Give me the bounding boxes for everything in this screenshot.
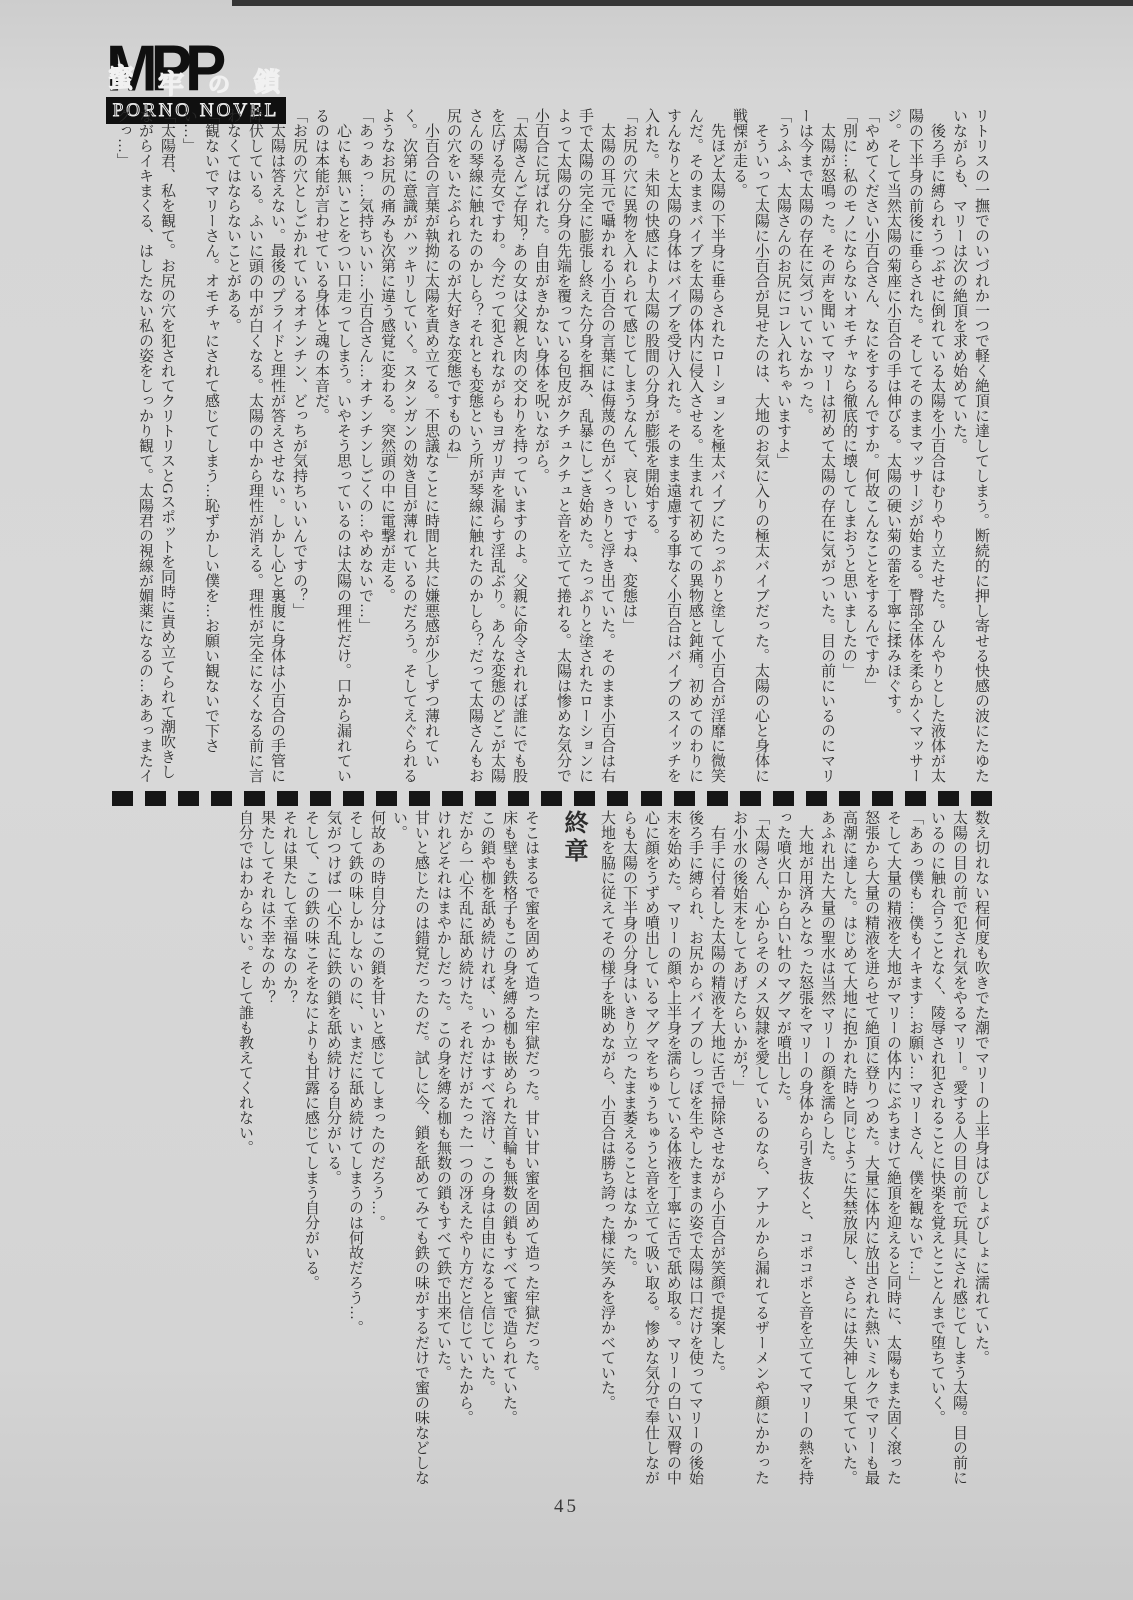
divider-square xyxy=(145,791,166,806)
paragraph: 「お尻の穴に異物を入れられて感じてしまうなんて、哀しいですね、変態は」 xyxy=(618,108,640,784)
paragraph: 右手に付着した太陽の精液を大地に舌で掃除させながら小百合が笑顔で提案した。 xyxy=(706,810,728,1492)
paragraph: そして、この鉄の味こそをなによりも甘露に感じてしまう自分がいる。 xyxy=(300,810,322,1492)
paragraph: 何故あの時自分はこの鎖を甘いと感じてしまったのだろう…。 xyxy=(366,810,388,1492)
logo-kanji-char: 鎖 xyxy=(254,62,280,99)
divider-square xyxy=(674,791,695,806)
paragraph: 甘いと感じたのは錯覚だったのだ。試しに今、鎖を舐めてみても鉄の味がするだけで蜜の… xyxy=(388,810,432,1492)
divider-square xyxy=(839,791,860,806)
divider-square xyxy=(475,791,496,806)
divider-square xyxy=(442,791,463,806)
logo-kanji-char: 蜜 xyxy=(108,58,134,95)
paragraph: 太陽は答えない。最後のプライドと理性が答えさせない。しかし心と裏腹に身体は小百合… xyxy=(222,108,288,784)
divider-square xyxy=(277,791,298,806)
paragraph: 「あっあっ…気持ちいい…小百合さん…オチンチンしごくの…やめないで…」 xyxy=(354,108,376,784)
paragraph: 「うふふ、太陽さんのお尻にコレ入れちゃいますよ」 xyxy=(772,108,794,784)
paragraph: 気がつけば一心不乱に鉄の鎖を舐め続ける自分がいる。 xyxy=(322,810,344,1492)
page-number: 45 xyxy=(0,1496,1133,1518)
divider-square xyxy=(244,791,265,806)
paragraph: 「別に…私のモノにならないオモチャなら徹底的に壊してしまおうと思いましたの」 xyxy=(838,108,860,784)
divider-square xyxy=(740,791,761,806)
paragraph: 心にも無いことをつい口走ってしまう。いやそう思っているのは太陽の理性だけ。口から… xyxy=(310,108,354,784)
section-divider xyxy=(112,791,992,806)
paragraph: この鎖や枷を舐め続ければ、いつかはすべて溶け、この身は自由になると信じていた。 xyxy=(476,810,498,1492)
divider-square xyxy=(938,791,959,806)
paragraph: 太陽の目の前で犯され気をやるマリー。愛する人の目の前で玩具にされ感じてしまう太陽… xyxy=(926,810,970,1492)
chapter-heading: 終章 xyxy=(556,810,590,1492)
paragraph: 大地が用済みとなった怒張をマリーの身体から引き抜くと、コポコポと音を立ててマリー… xyxy=(772,810,816,1492)
divider-square xyxy=(508,791,529,806)
divider-square xyxy=(773,791,794,806)
paragraph: 「太陽さんご存知？あの女は父親と肉の交わりを持っていますのよ。父親に命令されれば… xyxy=(442,108,530,784)
divider-square xyxy=(971,791,992,806)
divider-square xyxy=(541,791,562,806)
paragraph: それは果たして幸福なのか？ xyxy=(278,810,300,1492)
paragraph: 太陽の耳元で囁かれる小百合の言葉には侮蔑の色がくっきりと浮き出ていた。そのまま小… xyxy=(530,108,618,784)
divider-square xyxy=(607,791,628,806)
paragraph: そして鉄の味しかしないのに、いまだに舐め続けてしまうのは何故だろう…。 xyxy=(344,810,366,1492)
divider-square xyxy=(806,791,827,806)
divider-square xyxy=(178,791,199,806)
paragraph: 自分ではわからない。そして誰も教えてくれない。 xyxy=(234,810,256,1492)
paragraph: 数え切れない程何度も吹きでた潮でマリーの上半身はびしょびしょに濡れていた。 xyxy=(970,810,992,1492)
paragraph: 小百合の言葉が執拗に太陽を責め立てる。不思議なことに時間と共に嫌悪感が少しずつ薄… xyxy=(376,108,442,784)
story-text-block-top: リトリスの一撫でのいづれか一つで軽く絶頂に達してしまう。断続的に押し寄せる快感の… xyxy=(112,108,992,784)
paragraph: 「観ないでマリーさん。オモチャにされて感じてしまう…恥ずかしい僕を…お願い観ない… xyxy=(178,108,222,784)
scanned-page: MPP 蜜牢の鎖 PORNO NOVEL リトリスの一撫でのいづれか一つで軽く絶… xyxy=(0,0,1133,1600)
paragraph: そういって太陽に小百合が見せたのは、大地のお気に入りの極太バイブだった。太陽の心… xyxy=(728,108,772,784)
divider-square xyxy=(409,791,430,806)
paragraph: 床も壁も鉄格子もこの身を縛る枷も嵌められた首輪も無数の鎖もすべて蜜で造られていた… xyxy=(498,810,520,1492)
logo-kanji-title: 蜜牢の鎖 xyxy=(108,58,280,95)
paragraph: 先ほど太陽の下半身に垂らされたローションを極太バイブにたっぷりと塗して小百合が淫… xyxy=(640,108,728,784)
divider-square xyxy=(376,791,397,806)
divider-square xyxy=(872,791,893,806)
paragraph: そこはまるで蜜を固めて造った牢獄だった。甘い甘い蜜を固めて造った牢獄だった。 xyxy=(520,810,542,1492)
logo-kanji-char: 牢 xyxy=(158,64,184,101)
divider-square xyxy=(574,791,595,806)
paragraph: けれどそれはまやかしだった。この身を縛る枷も無数の鎖もすべて鉄で出来ていた。 xyxy=(432,810,454,1492)
divider-square xyxy=(112,791,133,806)
paragraph: 「お尻の穴としごかれているオチンチン、どっちが気持ちいいんですの？」 xyxy=(288,108,310,784)
story-text-block-bottom: 数え切れない程何度も吹きでた潮でマリーの上半身はびしょびしょに濡れていた。太陽の… xyxy=(112,810,992,1492)
paragraph: 「やめてください小百合さん、なにをするんですか。何故こんなことをするんですか」 xyxy=(860,108,882,784)
paragraph: 後ろ手に縛られ、お尻からバイブのしっぽを生やしたままの姿で太陽は口だけを使ってマ… xyxy=(618,810,706,1492)
scan-artifact-top-edge xyxy=(232,0,1133,6)
paragraph: 後ろ手に縛られうつぶせに倒れている太陽を小百合はむりやり立たせた。ひんやりとした… xyxy=(882,108,948,784)
paragraph: 「ああっ僕も…僕もイキます…お願い…マリーさん、僕を観ないで…」 xyxy=(904,810,926,1492)
paragraph: 太陽が怒鳴った。その声を聞いてマリーは初めて太陽の存在に気がついた。目の前にいる… xyxy=(794,108,838,784)
divider-square xyxy=(343,791,364,806)
divider-square xyxy=(310,791,331,806)
paragraph: リトリスの一撫でのいづれか一つで軽く絶頂に達してしまう。断続的に押し寄せる快感の… xyxy=(948,108,992,784)
divider-square xyxy=(211,791,232,806)
paragraph: 「太陽君、私を観て。お尻の穴を犯されてクリトリスとGスポットを同時に責め立てられ… xyxy=(112,108,178,784)
paragraph: だから一心不乱に舐め続けた。それだけがたった一つの冴えたやり方だと信じていたから… xyxy=(454,810,476,1492)
paragraph: 「太陽さん、心からそのメス奴隷を愛しているのなら、アナルから漏れてるザーメンや顔… xyxy=(728,810,772,1492)
divider-square xyxy=(905,791,926,806)
paragraph: 果たしてそれは不幸なのか？ xyxy=(256,810,278,1492)
paragraph: 大地を脇に従えてその様子を眺めながら、小百合は勝ち誇った様に笑みを浮かべていた。 xyxy=(596,810,618,1492)
divider-square xyxy=(641,791,662,806)
divider-square xyxy=(707,791,728,806)
paragraph: そして大量の精液を大地がマリーの体内にぶちまけて絶頂を迎えると同時に、太陽もまた… xyxy=(816,810,904,1492)
